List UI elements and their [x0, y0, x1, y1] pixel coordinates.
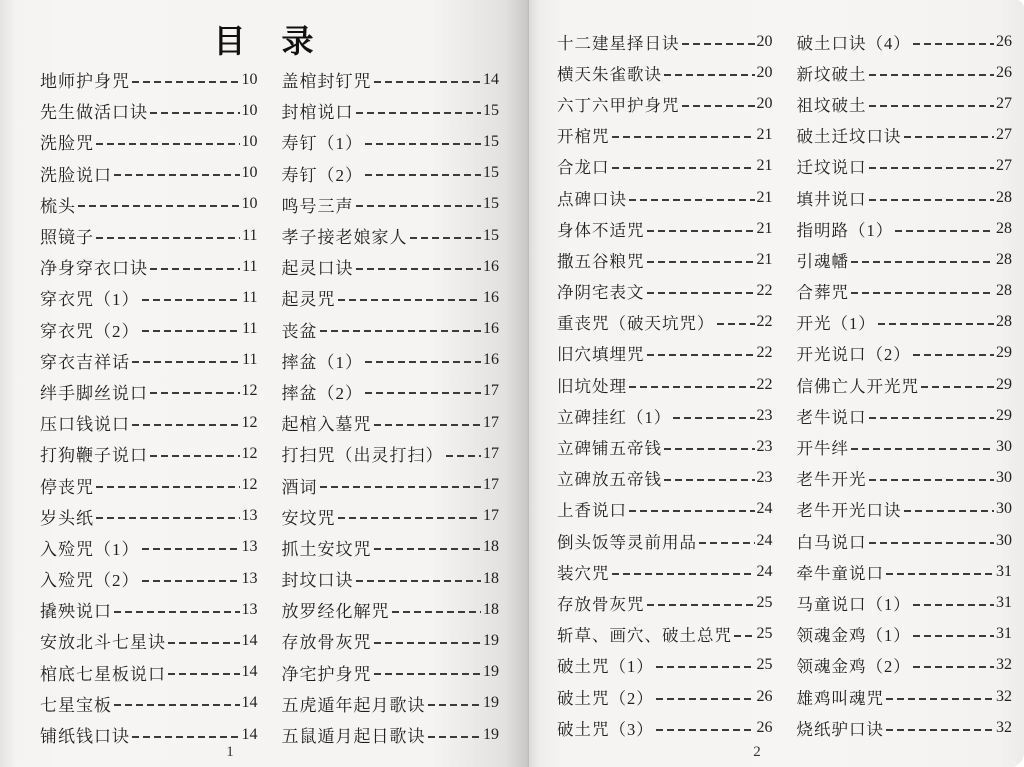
- dash-leader: [869, 542, 995, 544]
- toc-entry-title: 穿衣咒（1）: [40, 285, 140, 310]
- toc-entry-title: 立碑挂红（1）: [557, 404, 671, 428]
- dash-leader: [647, 261, 755, 263]
- toc-entry-page: 25: [757, 656, 773, 674]
- toc-entry-title: 盖棺封钉咒: [282, 67, 372, 92]
- toc-entry-title: 撬殃说口: [40, 597, 112, 622]
- toc-entry: 迁坟说口27: [797, 151, 1013, 182]
- toc-entry-title: 引魂幡: [797, 248, 850, 272]
- toc-entry: 存放骨灰咒19: [282, 625, 500, 656]
- toc-entry-title: 六丁六甲护身咒: [557, 92, 680, 116]
- toc-entry-title: 斩草、画穴、破土总咒: [557, 622, 732, 646]
- toc-entry: 上香说口24: [557, 494, 773, 525]
- dash-leader: [150, 392, 240, 394]
- toc-entry: 倒头饭等灵前用品24: [557, 525, 773, 556]
- toc-entry: 先生做活口诀10: [40, 95, 258, 126]
- toc-columns-left: 地师护身咒10先生做活口诀10洗脸咒10洗脸说口10梳头10照镜子11净身穿衣口…: [0, 64, 529, 750]
- toc-entry: 老牛开光30: [797, 463, 1013, 494]
- dash-leader: [150, 112, 240, 114]
- toc-entry-title: 地师护身咒: [40, 67, 130, 92]
- toc-entry-page: 30: [996, 438, 1012, 456]
- toc-entry-page: 13: [242, 507, 258, 525]
- toc-entry-title: 马童说口（1）: [797, 591, 911, 615]
- toc-entry: 净阴宅表文22: [557, 276, 773, 307]
- toc-entry-page: 17: [483, 507, 499, 525]
- toc-entry-title: 重丧咒（破天坑咒）: [557, 310, 715, 334]
- toc-entry: 破土口诀（4）26: [797, 26, 1013, 57]
- toc-entry: 旧穴填埋咒22: [557, 338, 773, 369]
- dash-leader: [96, 517, 240, 519]
- dash-leader: [168, 642, 240, 644]
- toc-entry-title: 起棺入墓咒: [282, 410, 372, 435]
- toc-entry: 领魂金鸡（2）32: [797, 650, 1013, 681]
- toc-entry-page: 16: [483, 289, 499, 307]
- toc-entry: 撒五谷粮咒21: [557, 244, 773, 275]
- dash-leader: [717, 323, 755, 325]
- toc-entry: 牵牛童说口31: [797, 556, 1013, 587]
- toc-entry-title: 安放北斗七星诀: [40, 628, 166, 653]
- dash-leader: [656, 729, 755, 731]
- toc-entry: 撬殃说口13: [40, 594, 258, 625]
- toc-entry-page: 30: [996, 532, 1012, 550]
- toc-entry-page: 23: [757, 407, 773, 425]
- dash-leader: [612, 573, 755, 575]
- toc-entry-title: 合龙口: [557, 154, 610, 178]
- toc-entry-title: 穿衣吉祥话: [40, 348, 130, 373]
- toc-entry: 立碑放五帝钱23: [557, 463, 773, 494]
- dash-leader: [428, 704, 482, 706]
- toc-entry: 岁头纸13: [40, 501, 258, 532]
- toc-entry-title: 绊手脚丝说口: [40, 379, 148, 404]
- toc-entry-page: 18: [483, 570, 499, 588]
- toc-entry-title: 开棺咒: [557, 123, 610, 147]
- dash-leader: [132, 81, 240, 83]
- toc-entry-title: 新坟破土: [797, 61, 867, 85]
- toc-entry: 开棺咒21: [557, 120, 773, 151]
- toc-entry: 棺底七星板说口14: [40, 657, 258, 688]
- toc-entry-title: 破土咒（1）: [557, 653, 654, 677]
- toc-entry-title: 梳头: [40, 192, 76, 217]
- toc-entry-page: 18: [483, 601, 499, 619]
- dash-leader: [365, 174, 481, 176]
- toc-entry: 洗脸说口10: [40, 158, 258, 189]
- toc-entry: 填井说口28: [797, 182, 1013, 213]
- toc-entry-page: 15: [483, 227, 499, 245]
- dash-leader: [374, 642, 482, 644]
- toc-entry-title: 烧纸驴口诀: [797, 716, 885, 740]
- toc-entry-page: 16: [483, 351, 499, 369]
- toc-entry-page: 14: [242, 663, 258, 681]
- toc-page-right: 十二建星择日诀20横天朱雀歌诀20六丁六甲护身咒20开棺咒21合龙口21点碑口诀…: [529, 0, 1024, 767]
- toc-entry-page: 21: [757, 189, 773, 207]
- toc-entry-title: 洗脸说口: [40, 161, 112, 186]
- book-spread: 目 录 地师护身咒10先生做活口诀10洗脸咒10洗脸说口10梳头10照镜子11净…: [0, 0, 1024, 767]
- toc-entry-page: 17: [483, 476, 499, 494]
- toc-entry-title: 老牛开光: [797, 466, 867, 490]
- dash-leader: [142, 580, 240, 582]
- toc-entry-page: 21: [757, 126, 773, 144]
- toc-entry-page: 13: [242, 538, 258, 556]
- toc-entry-title: 雄鸡叫魂咒: [797, 685, 885, 709]
- toc-entry-page: 10: [242, 195, 258, 213]
- toc-entry-title: 先生做活口诀: [40, 98, 148, 123]
- toc-entry-title: 撒五谷粮咒: [557, 248, 645, 272]
- dash-leader: [734, 635, 755, 637]
- toc-entry-page: 15: [483, 164, 499, 182]
- toc-column: 地师护身咒10先生做活口诀10洗脸咒10洗脸说口10梳头10照镜子11净身穿衣口…: [40, 64, 258, 750]
- toc-entry-page: 19: [483, 663, 499, 681]
- toc-entry-page: 23: [757, 438, 773, 456]
- dash-leader: [96, 486, 240, 488]
- toc-entry-page: 24: [757, 500, 773, 518]
- toc-entry-page: 12: [242, 476, 258, 494]
- toc-entry: 开牛绊30: [797, 431, 1013, 462]
- toc-entry: 起灵口诀16: [282, 251, 500, 282]
- toc-entry-title: 打扫咒（出灵打扫）: [282, 441, 444, 466]
- toc-entry-title: 点碑口诀: [557, 186, 627, 210]
- toc-entry-page: 22: [757, 313, 773, 331]
- toc-entry-page: 10: [242, 71, 258, 89]
- toc-entry-title: 老牛说口: [797, 404, 867, 428]
- dash-leader: [664, 448, 755, 450]
- toc-entry: 合龙口21: [557, 151, 773, 182]
- toc-entry: 马童说口（1）31: [797, 587, 1013, 618]
- toc-entry-page: 13: [242, 570, 258, 588]
- toc-entry: 放罗经化解咒18: [282, 594, 500, 625]
- dash-leader: [886, 573, 994, 575]
- toc-entry: 重丧咒（破天坑咒）22: [557, 307, 773, 338]
- dash-leader: [869, 105, 995, 107]
- toc-entry-page: 15: [483, 133, 499, 151]
- dash-leader: [320, 486, 482, 488]
- toc-entry: 入殓咒（2）13: [40, 563, 258, 594]
- toc-entry-page: 24: [757, 532, 773, 550]
- toc-entry-title: 横天朱雀歌诀: [557, 61, 662, 85]
- dash-leader: [886, 698, 994, 700]
- toc-entry: 白马说口30: [797, 525, 1013, 556]
- toc-entry-page: 32: [996, 688, 1012, 706]
- toc-entry-title: 起灵咒: [282, 285, 336, 310]
- dash-leader: [374, 673, 482, 675]
- dash-leader: [656, 666, 755, 668]
- toc-entry-title: 洗脸咒: [40, 129, 94, 154]
- toc-entry-page: 23: [757, 469, 773, 487]
- toc-entry-page: 10: [242, 102, 258, 120]
- dash-leader: [664, 74, 755, 76]
- toc-entry-page: 28: [996, 282, 1012, 300]
- toc-entry-page: 28: [996, 189, 1012, 207]
- toc-entry-page: 27: [996, 157, 1012, 175]
- toc-entry: 停丧咒12: [40, 469, 258, 500]
- toc-entry: 旧坑处理22: [557, 369, 773, 400]
- dash-leader: [338, 299, 482, 301]
- toc-entry-title: 寿钉（1）: [282, 129, 364, 154]
- toc-entry-page: 10: [242, 164, 258, 182]
- dash-leader: [904, 136, 995, 138]
- toc-entry-page: 29: [996, 407, 1012, 425]
- toc-entry-page: 28: [996, 220, 1012, 238]
- dash-leader: [656, 698, 755, 700]
- dash-leader: [338, 517, 482, 519]
- toc-entry-title: 照镜子: [40, 223, 94, 248]
- toc-entry-page: 17: [483, 414, 499, 432]
- toc-entry: 立碑铺五帝钱23: [557, 431, 773, 462]
- dash-leader: [365, 143, 481, 145]
- dash-leader: [374, 81, 482, 83]
- toc-entry-page: 24: [757, 563, 773, 581]
- dash-leader: [356, 268, 482, 270]
- toc-entry-title: 填井说口: [797, 186, 867, 210]
- dash-leader: [374, 424, 482, 426]
- toc-entry-title: 安坟咒: [282, 504, 336, 529]
- toc-entry-title: 寿钉（2）: [282, 161, 364, 186]
- toc-entry-title: 丧盆: [282, 317, 318, 342]
- toc-entry-page: 32: [996, 719, 1012, 737]
- dash-leader: [142, 548, 240, 550]
- toc-entry-page: 31: [996, 625, 1012, 643]
- dash-leader: [446, 455, 482, 457]
- toc-entry: 十二建星择日诀20: [557, 26, 773, 57]
- toc-entry: 起灵咒16: [282, 282, 500, 313]
- dash-leader: [869, 479, 995, 481]
- dash-leader: [114, 611, 240, 613]
- toc-entry: 丧盆16: [282, 314, 500, 345]
- dash-leader: [365, 392, 481, 394]
- toc-entry-page: 12: [242, 414, 258, 432]
- dash-leader: [647, 604, 755, 606]
- dash-leader: [913, 354, 994, 356]
- dash-leader: [612, 167, 755, 169]
- toc-entry: 入殓咒（1）13: [40, 532, 258, 563]
- dash-leader: [921, 386, 994, 388]
- toc-entry: 雄鸡叫魂咒32: [797, 681, 1013, 712]
- dash-leader: [851, 261, 994, 263]
- toc-entry-page: 22: [757, 344, 773, 362]
- toc-entry: 开光说口（2）29: [797, 338, 1013, 369]
- dash-leader: [904, 510, 995, 512]
- toc-entry: 抓土安坟咒18: [282, 532, 500, 563]
- toc-entry-title: 铺纸钱口诀: [40, 722, 130, 747]
- toc-entry-page: 21: [757, 251, 773, 269]
- toc-entry: 洗脸咒10: [40, 126, 258, 157]
- dash-leader: [356, 112, 482, 114]
- toc-entry-title: 酒词: [282, 473, 318, 498]
- toc-entry-page: 14: [242, 632, 258, 650]
- toc-entry-page: 19: [483, 632, 499, 650]
- dash-leader: [132, 361, 240, 363]
- dash-leader: [410, 237, 482, 239]
- toc-entry-title: 合葬咒: [797, 279, 850, 303]
- dash-leader: [682, 105, 755, 107]
- toc-entry: 存放骨灰咒25: [557, 587, 773, 618]
- dash-leader: [392, 611, 482, 613]
- toc-entry: 烧纸驴口诀32: [797, 712, 1013, 743]
- toc-entry-title: 上香说口: [557, 497, 627, 521]
- toc-entry: 梳头10: [40, 189, 258, 220]
- dash-leader: [886, 729, 994, 731]
- toc-entry-title: 破土咒（3）: [557, 716, 654, 740]
- toc-entry-page: 18: [483, 538, 499, 556]
- toc-entry-page: 19: [483, 726, 499, 744]
- toc-entry: 合葬咒28: [797, 276, 1013, 307]
- toc-entry-title: 孝子接老娘家人: [282, 223, 408, 248]
- toc-entry-title: 七星宝板: [40, 691, 112, 716]
- dash-leader: [150, 268, 240, 270]
- toc-entry-title: 装穴咒: [557, 560, 610, 584]
- toc-entry: 破土咒（2）26: [557, 681, 773, 712]
- toc-entry: 装穴咒24: [557, 556, 773, 587]
- toc-entry-page: 13: [242, 601, 258, 619]
- page-title: 目 录: [0, 0, 529, 64]
- dash-leader: [96, 143, 240, 145]
- dash-leader: [664, 479, 755, 481]
- toc-entry-page: 15: [483, 102, 499, 120]
- folio-number: 2: [737, 744, 777, 761]
- toc-entry: 净宅护身咒19: [282, 657, 500, 688]
- toc-entry-title: 封棺说口: [282, 98, 354, 123]
- toc-entry-title: 摔盆（2）: [282, 379, 364, 404]
- toc-entry-title: 岁头纸: [40, 504, 94, 529]
- toc-entry-page: 20: [757, 64, 773, 82]
- dash-leader: [428, 736, 482, 738]
- dash-leader: [168, 673, 240, 675]
- toc-entry-title: 起灵口诀: [282, 254, 354, 279]
- toc-entry-page: 30: [996, 500, 1012, 518]
- toc-columns-right: 十二建星择日诀20横天朱雀歌诀20六丁六甲护身咒20开棺咒21合龙口21点碑口诀…: [529, 0, 1024, 743]
- toc-entry-title: 牵牛童说口: [797, 560, 885, 584]
- toc-entry-page: 29: [996, 376, 1012, 394]
- dash-leader: [647, 292, 755, 294]
- toc-entry: 破土咒（3）26: [557, 712, 773, 743]
- folio-number: 1: [210, 744, 250, 761]
- toc-entry-page: 16: [483, 320, 499, 338]
- dash-leader: [673, 417, 754, 419]
- toc-entry-title: 立碑放五帝钱: [557, 466, 662, 490]
- dash-leader: [851, 292, 994, 294]
- toc-entry-title: 开牛绊: [797, 435, 850, 459]
- toc-entry: 安放北斗七星诀14: [40, 625, 258, 656]
- toc-entry-title: 封坟口诀: [282, 566, 354, 591]
- toc-entry-page: 17: [483, 445, 499, 463]
- toc-entry: 净身穿衣口诀11: [40, 251, 258, 282]
- toc-entry-page: 11: [242, 258, 257, 276]
- dash-leader: [132, 736, 240, 738]
- toc-entry: 酒词17: [282, 469, 500, 500]
- toc-entry: 封坟口诀18: [282, 563, 500, 594]
- toc-entry-title: 穿衣咒（2）: [40, 317, 140, 342]
- toc-entry-page: 15: [483, 195, 499, 213]
- toc-entry-title: 倒头饭等灵前用品: [557, 529, 697, 553]
- dash-leader: [699, 542, 755, 544]
- toc-entry-page: 27: [996, 126, 1012, 144]
- dash-leader: [142, 330, 241, 332]
- toc-entry: 绊手脚丝说口12: [40, 376, 258, 407]
- toc-entry-page: 21: [757, 157, 773, 175]
- toc-entry: 立碑挂红（1）23: [557, 400, 773, 431]
- toc-entry-page: 28: [996, 313, 1012, 331]
- toc-entry-page: 14: [483, 71, 499, 89]
- toc-entry: 老牛说口29: [797, 400, 1013, 431]
- toc-entry: 领魂金鸡（1）31: [797, 619, 1013, 650]
- dash-leader: [913, 604, 994, 606]
- toc-entry-page: 26: [996, 64, 1012, 82]
- toc-entry-page: 25: [757, 594, 773, 612]
- toc-entry-title: 破土迁坟口诀: [797, 123, 902, 147]
- toc-entry-title: 白马说口: [797, 529, 867, 553]
- dash-leader: [114, 704, 240, 706]
- toc-entry: 五鼠遁月起日歌诀19: [282, 719, 500, 750]
- dash-leader: [374, 548, 482, 550]
- toc-entry: 摔盆（1）16: [282, 345, 500, 376]
- toc-entry: 安坟咒17: [282, 501, 500, 532]
- toc-entry-page: 11: [242, 320, 257, 338]
- dash-leader: [356, 580, 482, 582]
- toc-entry-title: 摔盆（1）: [282, 348, 364, 373]
- dash-leader: [78, 205, 240, 207]
- dash-leader: [682, 43, 755, 45]
- dash-leader: [142, 299, 241, 301]
- toc-entry-page: 20: [757, 95, 773, 113]
- toc-entry: 地师护身咒10: [40, 64, 258, 95]
- dash-leader: [629, 386, 755, 388]
- toc-entry-title: 放罗经化解咒: [282, 597, 390, 622]
- toc-entry: 开光（1）28: [797, 307, 1013, 338]
- toc-entry-title: 十二建星择日诀: [557, 30, 680, 54]
- toc-entry-title: 棺底七星板说口: [40, 660, 166, 685]
- dash-leader: [150, 455, 240, 457]
- toc-entry-title: 抓土安坟咒: [282, 535, 372, 560]
- toc-entry: 斩草、画穴、破土总咒25: [557, 619, 773, 650]
- dash-leader: [629, 510, 755, 512]
- toc-entry-title: 停丧咒: [40, 473, 94, 498]
- toc-entry-page: 19: [483, 694, 499, 712]
- toc-entry-title: 开光（1）: [797, 310, 876, 334]
- toc-entry-title: 净阴宅表文: [557, 279, 645, 303]
- toc-entry-title: 存放骨灰咒: [282, 628, 372, 653]
- dash-leader: [629, 199, 755, 201]
- toc-entry: 穿衣咒（2）11: [40, 314, 258, 345]
- toc-entry-page: 26: [996, 33, 1012, 51]
- toc-entry: 老牛开光口诀30: [797, 494, 1013, 525]
- toc-entry: 信佛亡人开光咒29: [797, 369, 1013, 400]
- toc-entry-page: 26: [757, 688, 773, 706]
- toc-entry-title: 立碑铺五帝钱: [557, 435, 662, 459]
- toc-entry-page: 26: [757, 719, 773, 737]
- toc-entry-title: 五虎遁年起月歌诀: [282, 691, 426, 716]
- toc-column: 破土口诀（4）26新坟破土26祖坟破土27破土迁坟口诀27迁坟说口27填井说口2…: [797, 26, 1013, 743]
- toc-entry-title: 迁坟说口: [797, 154, 867, 178]
- dash-leader: [647, 354, 755, 356]
- toc-entry: 五虎遁年起月歌诀19: [282, 688, 500, 719]
- dash-leader: [869, 199, 995, 201]
- toc-entry-title: 入殓咒（2）: [40, 566, 140, 591]
- toc-entry-title: 旧坑处理: [557, 373, 627, 397]
- dash-leader: [869, 167, 995, 169]
- toc-entry-title: 祖坟破土: [797, 92, 867, 116]
- toc-entry-page: 30: [996, 469, 1012, 487]
- dash-leader: [913, 43, 994, 45]
- toc-entry: 压口钱说口12: [40, 407, 258, 438]
- toc-entry-page: 25: [757, 625, 773, 643]
- toc-entry-title: 存放骨灰咒: [557, 591, 645, 615]
- toc-entry-page: 12: [242, 382, 258, 400]
- toc-entry: 引魂幡28: [797, 244, 1013, 275]
- toc-entry: 照镜子11: [40, 220, 258, 251]
- toc-entry-title: 净身穿衣口诀: [40, 254, 148, 279]
- toc-entry-page: 11: [242, 351, 257, 369]
- toc-entry: 七星宝板14: [40, 688, 258, 719]
- toc-column: 十二建星择日诀20横天朱雀歌诀20六丁六甲护身咒20开棺咒21合龙口21点碑口诀…: [557, 26, 773, 743]
- toc-entry-page: 32: [996, 656, 1012, 674]
